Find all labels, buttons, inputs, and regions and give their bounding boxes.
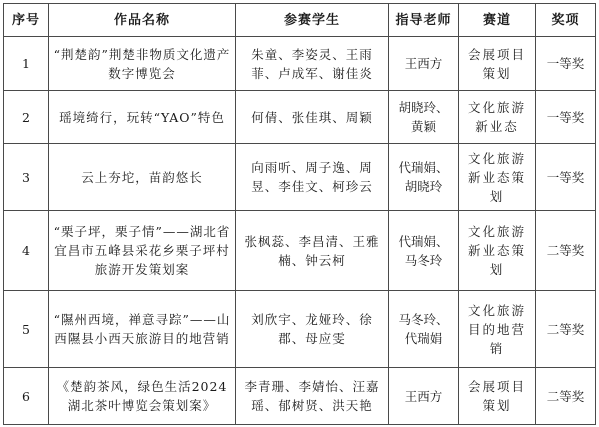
cell-track: 文化旅游新业态策划 [459, 211, 536, 291]
cell-index: 6 [4, 368, 49, 425]
table-row: 1 “荆楚韵”荆楚非物质文化遗产数字博览会 朱童、李姿灵、王雨菲、卢成军、谢佳炎… [4, 37, 596, 91]
cell-award: 二等奖 [536, 368, 596, 425]
table-row: 6 《楚韵茶风，绿色生活2024湖北茶叶博览会策划案》 李青珊、李婧怡、汪嘉瑶、… [4, 368, 596, 425]
cell-teachers: 代瑞娟、马冬玲 [389, 211, 459, 291]
awards-table: 序号 作品名称 参赛学生 指导老师 赛道 奖项 1 “荆楚韵”荆楚非物质文化遗产… [3, 3, 596, 425]
cell-title: 《楚韵茶风，绿色生活2024湖北茶叶博览会策划案》 [49, 368, 236, 425]
cell-teachers: 王西方 [389, 37, 459, 91]
cell-award: 一等奖 [536, 37, 596, 91]
table-row: 4 “栗子坪，栗子情”——湖北省宜昌市五峰县采花乡栗子坪村旅游开发策划案 张枫蕊… [4, 211, 596, 291]
cell-title: 云上夯坨，苗韵悠长 [49, 144, 236, 211]
header-students: 参赛学生 [236, 4, 389, 37]
cell-award: 二等奖 [536, 211, 596, 291]
table-row: 2 瑶境绮行，玩转“YAO”特色 何倩、张佳琪、周颖 胡晓玲、黄颖 文化旅游新业… [4, 91, 596, 144]
cell-students: 何倩、张佳琪、周颖 [236, 91, 389, 144]
header-track: 赛道 [459, 4, 536, 37]
cell-title: “栗子坪，栗子情”——湖北省宜昌市五峰县采花乡栗子坪村旅游开发策划案 [49, 211, 236, 291]
cell-award: 一等奖 [536, 144, 596, 211]
table-header-row: 序号 作品名称 参赛学生 指导老师 赛道 奖项 [4, 4, 596, 37]
table-row: 5 “隰州西境，禅意寻踪”——山西隰县小西天旅游目的地营销 刘欣宇、龙娅玲、徐郡… [4, 291, 596, 368]
header-award: 奖项 [536, 4, 596, 37]
cell-students: 向雨听、周子逸、周昱、李佳文、柯珍云 [236, 144, 389, 211]
cell-title: 瑶境绮行，玩转“YAO”特色 [49, 91, 236, 144]
cell-teachers: 王西方 [389, 368, 459, 425]
cell-title: “荆楚韵”荆楚非物质文化遗产数字博览会 [49, 37, 236, 91]
cell-award: 一等奖 [536, 91, 596, 144]
cell-track: 会展项目策划 [459, 368, 536, 425]
cell-students: 张枫蕊、李昌清、王雅楠、钟云柯 [236, 211, 389, 291]
cell-teachers: 代瑞娟、胡晓玲 [389, 144, 459, 211]
cell-track: 文化旅游新业态策划 [459, 144, 536, 211]
cell-award: 二等奖 [536, 291, 596, 368]
header-title: 作品名称 [49, 4, 236, 37]
cell-track: 文化旅游目的地营销 [459, 291, 536, 368]
cell-index: 1 [4, 37, 49, 91]
cell-teachers: 胡晓玲、黄颖 [389, 91, 459, 144]
cell-teachers: 马冬玲、代瑞娟 [389, 291, 459, 368]
cell-students: 朱童、李姿灵、王雨菲、卢成军、谢佳炎 [236, 37, 389, 91]
cell-index: 2 [4, 91, 49, 144]
cell-track: 文化旅游新业态 [459, 91, 536, 144]
cell-index: 5 [4, 291, 49, 368]
cell-track: 会展项目策划 [459, 37, 536, 91]
header-teachers: 指导老师 [389, 4, 459, 37]
cell-index: 3 [4, 144, 49, 211]
header-index: 序号 [4, 4, 49, 37]
cell-index: 4 [4, 211, 49, 291]
cell-students: 李青珊、李婧怡、汪嘉瑶、郁树贤、洪天艳 [236, 368, 389, 425]
cell-title: “隰州西境，禅意寻踪”——山西隰县小西天旅游目的地营销 [49, 291, 236, 368]
cell-students: 刘欣宇、龙娅玲、徐郡、母应雯 [236, 291, 389, 368]
table-row: 3 云上夯坨，苗韵悠长 向雨听、周子逸、周昱、李佳文、柯珍云 代瑞娟、胡晓玲 文… [4, 144, 596, 211]
